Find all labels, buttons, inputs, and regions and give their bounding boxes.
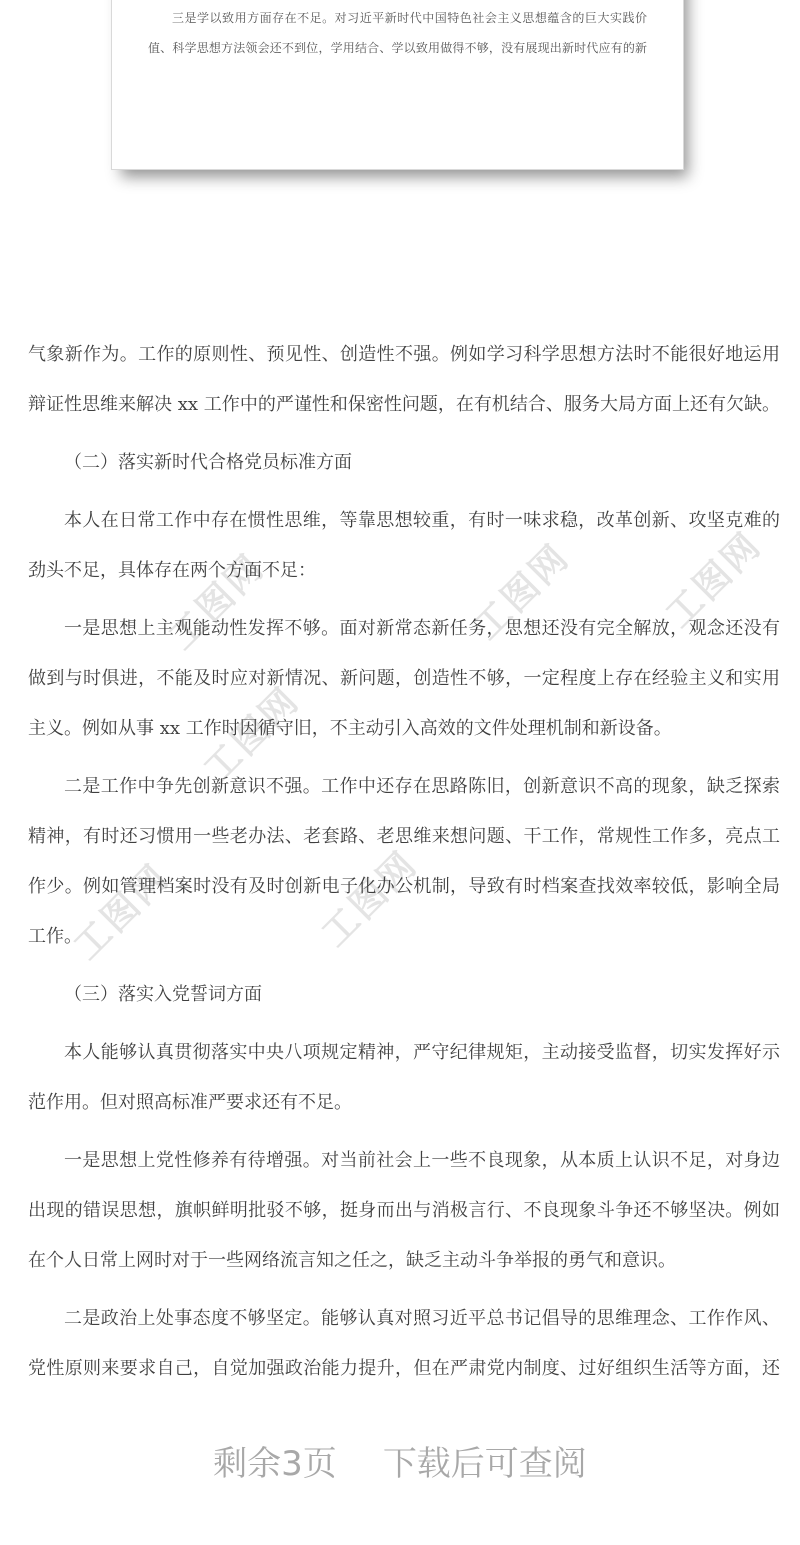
paragraph: 气象新作为。工作的原则性、预见性、创造性不强。例如学习科学思想方法时不能很好地运… <box>28 330 780 430</box>
remaining-pages-note: 剩余3页下载后可查阅 <box>0 1440 800 1488</box>
paragraph: 本人能够认真贯彻落实中央八项规定精神，严守纪律规矩，主动接受监督，切实发挥好示 … <box>28 1028 780 1128</box>
paragraph: 本人在日常工作中存在惯性思维，等靠思想较重，有时一味求稳，改革创新、攻坚克难的 … <box>28 496 780 596</box>
preview-line: 三是学以致用方面存在不足。对习近平新时代中国特色社会主义思想蕴含的巨大实践价 <box>148 3 647 33</box>
doc-line: 劲头不足，具体存在两个方面不足： <box>28 546 780 596</box>
doc-line: 主义。例如从事 xx 工作时因循守旧，不主动引入高效的文件处理机制和新设备。 <box>28 704 780 754</box>
doc-line: 气象新作为。工作的原则性、预见性、创造性不强。例如学习科学思想方法时不能很好地运… <box>28 330 780 380</box>
previous-page-preview-card: 三是学以致用方面存在不足。对习近平新时代中国特色社会主义思想蕴含的巨大实践价 值… <box>111 0 684 170</box>
doc-line: 二是政治上处事态度不够坚定。能够认真对照习近平总书记倡导的思维理念、工作作风、 <box>28 1294 780 1344</box>
paragraph: （三）落实入党誓词方面 <box>28 970 780 1020</box>
doc-line: 精神，有时还习惯用一些老办法、老套路、老思维来想问题、干工作，常规性工作多，亮点… <box>28 812 780 862</box>
doc-line: 辩证性思维来解决 xx 工作中的严谨性和保密性问题，在有机结合、服务大局方面上还… <box>28 380 780 430</box>
paragraph: 二是政治上处事态度不够坚定。能够认真对照习近平总书记倡导的思维理念、工作作风、 … <box>28 1294 780 1394</box>
doc-line: 党性原则来要求自己，自觉加强政治能力提升，但在严肃党内制度、过好组织生活等方面，… <box>28 1344 780 1394</box>
doc-line: 工作。 <box>28 912 780 962</box>
doc-line: 做到与时俱进，不能及时应对新情况、新问题，创造性不够，一定程度上存在经验主义和实… <box>28 654 780 704</box>
preview-page-text: 三是学以致用方面存在不足。对习近平新时代中国特色社会主义思想蕴含的巨大实践价 值… <box>148 3 647 63</box>
doc-line: 本人能够认真贯彻落实中央八项规定精神，严守纪律规矩，主动接受监督，切实发挥好示 <box>28 1028 780 1078</box>
doc-line: 出现的错误思想，旗帜鲜明批驳不够，挺身而出与消极言行、不良现象斗争还不够坚决。例… <box>28 1186 780 1236</box>
doc-line: 二是工作中争先创新意识不强。工作中还存在思路陈旧，创新意识不高的现象，缺乏探索 <box>28 762 780 812</box>
doc-line: 在个人日常上网时对于一些网络流言知之任之，缺乏主动斗争举报的勇气和意识。 <box>28 1236 780 1286</box>
preview-line: 值、科学思想方法领会还不到位，学用结合、学以致用做得不够，没有展现出新时代应有的… <box>148 33 647 63</box>
doc-line: 范作用。但对照高标准严要求还有不足。 <box>28 1078 780 1128</box>
document-preview-page: 三是学以致用方面存在不足。对习近平新时代中国特色社会主义思想蕴含的巨大实践价 值… <box>0 0 800 1545</box>
document-body: 气象新作为。工作的原则性、预见性、创造性不强。例如学习科学思想方法时不能很好地运… <box>28 330 780 1402</box>
download-hint: 下载后可查阅 <box>383 1444 587 1484</box>
paragraph: 一是思想上主观能动性发挥不够。面对新常态新任务，思想还没有完全解放，观念还没有 … <box>28 604 780 754</box>
doc-line: 一是思想上党性修养有待增强。对当前社会上一些不良现象，从本质上认识不足，对身边 <box>28 1136 780 1186</box>
section-heading: （三）落实入党誓词方面 <box>28 970 780 1020</box>
doc-line: 作少。例如管理档案时没有及时创新电子化办公机制，导致有时档案查找效率较低，影响全… <box>28 862 780 912</box>
paragraph: （二）落实新时代合格党员标准方面 <box>28 438 780 488</box>
paragraph: 二是工作中争先创新意识不强。工作中还存在思路陈旧，创新意识不高的现象，缺乏探索 … <box>28 762 780 962</box>
doc-line: 一是思想上主观能动性发挥不够。面对新常态新任务，思想还没有完全解放，观念还没有 <box>28 604 780 654</box>
remaining-pages-count: 剩余3页 <box>213 1444 337 1484</box>
doc-line: 本人在日常工作中存在惯性思维，等靠思想较重，有时一味求稳，改革创新、攻坚克难的 <box>28 496 780 546</box>
paragraph: 一是思想上党性修养有待增强。对当前社会上一些不良现象，从本质上认识不足，对身边 … <box>28 1136 780 1286</box>
section-heading: （二）落实新时代合格党员标准方面 <box>28 438 780 488</box>
